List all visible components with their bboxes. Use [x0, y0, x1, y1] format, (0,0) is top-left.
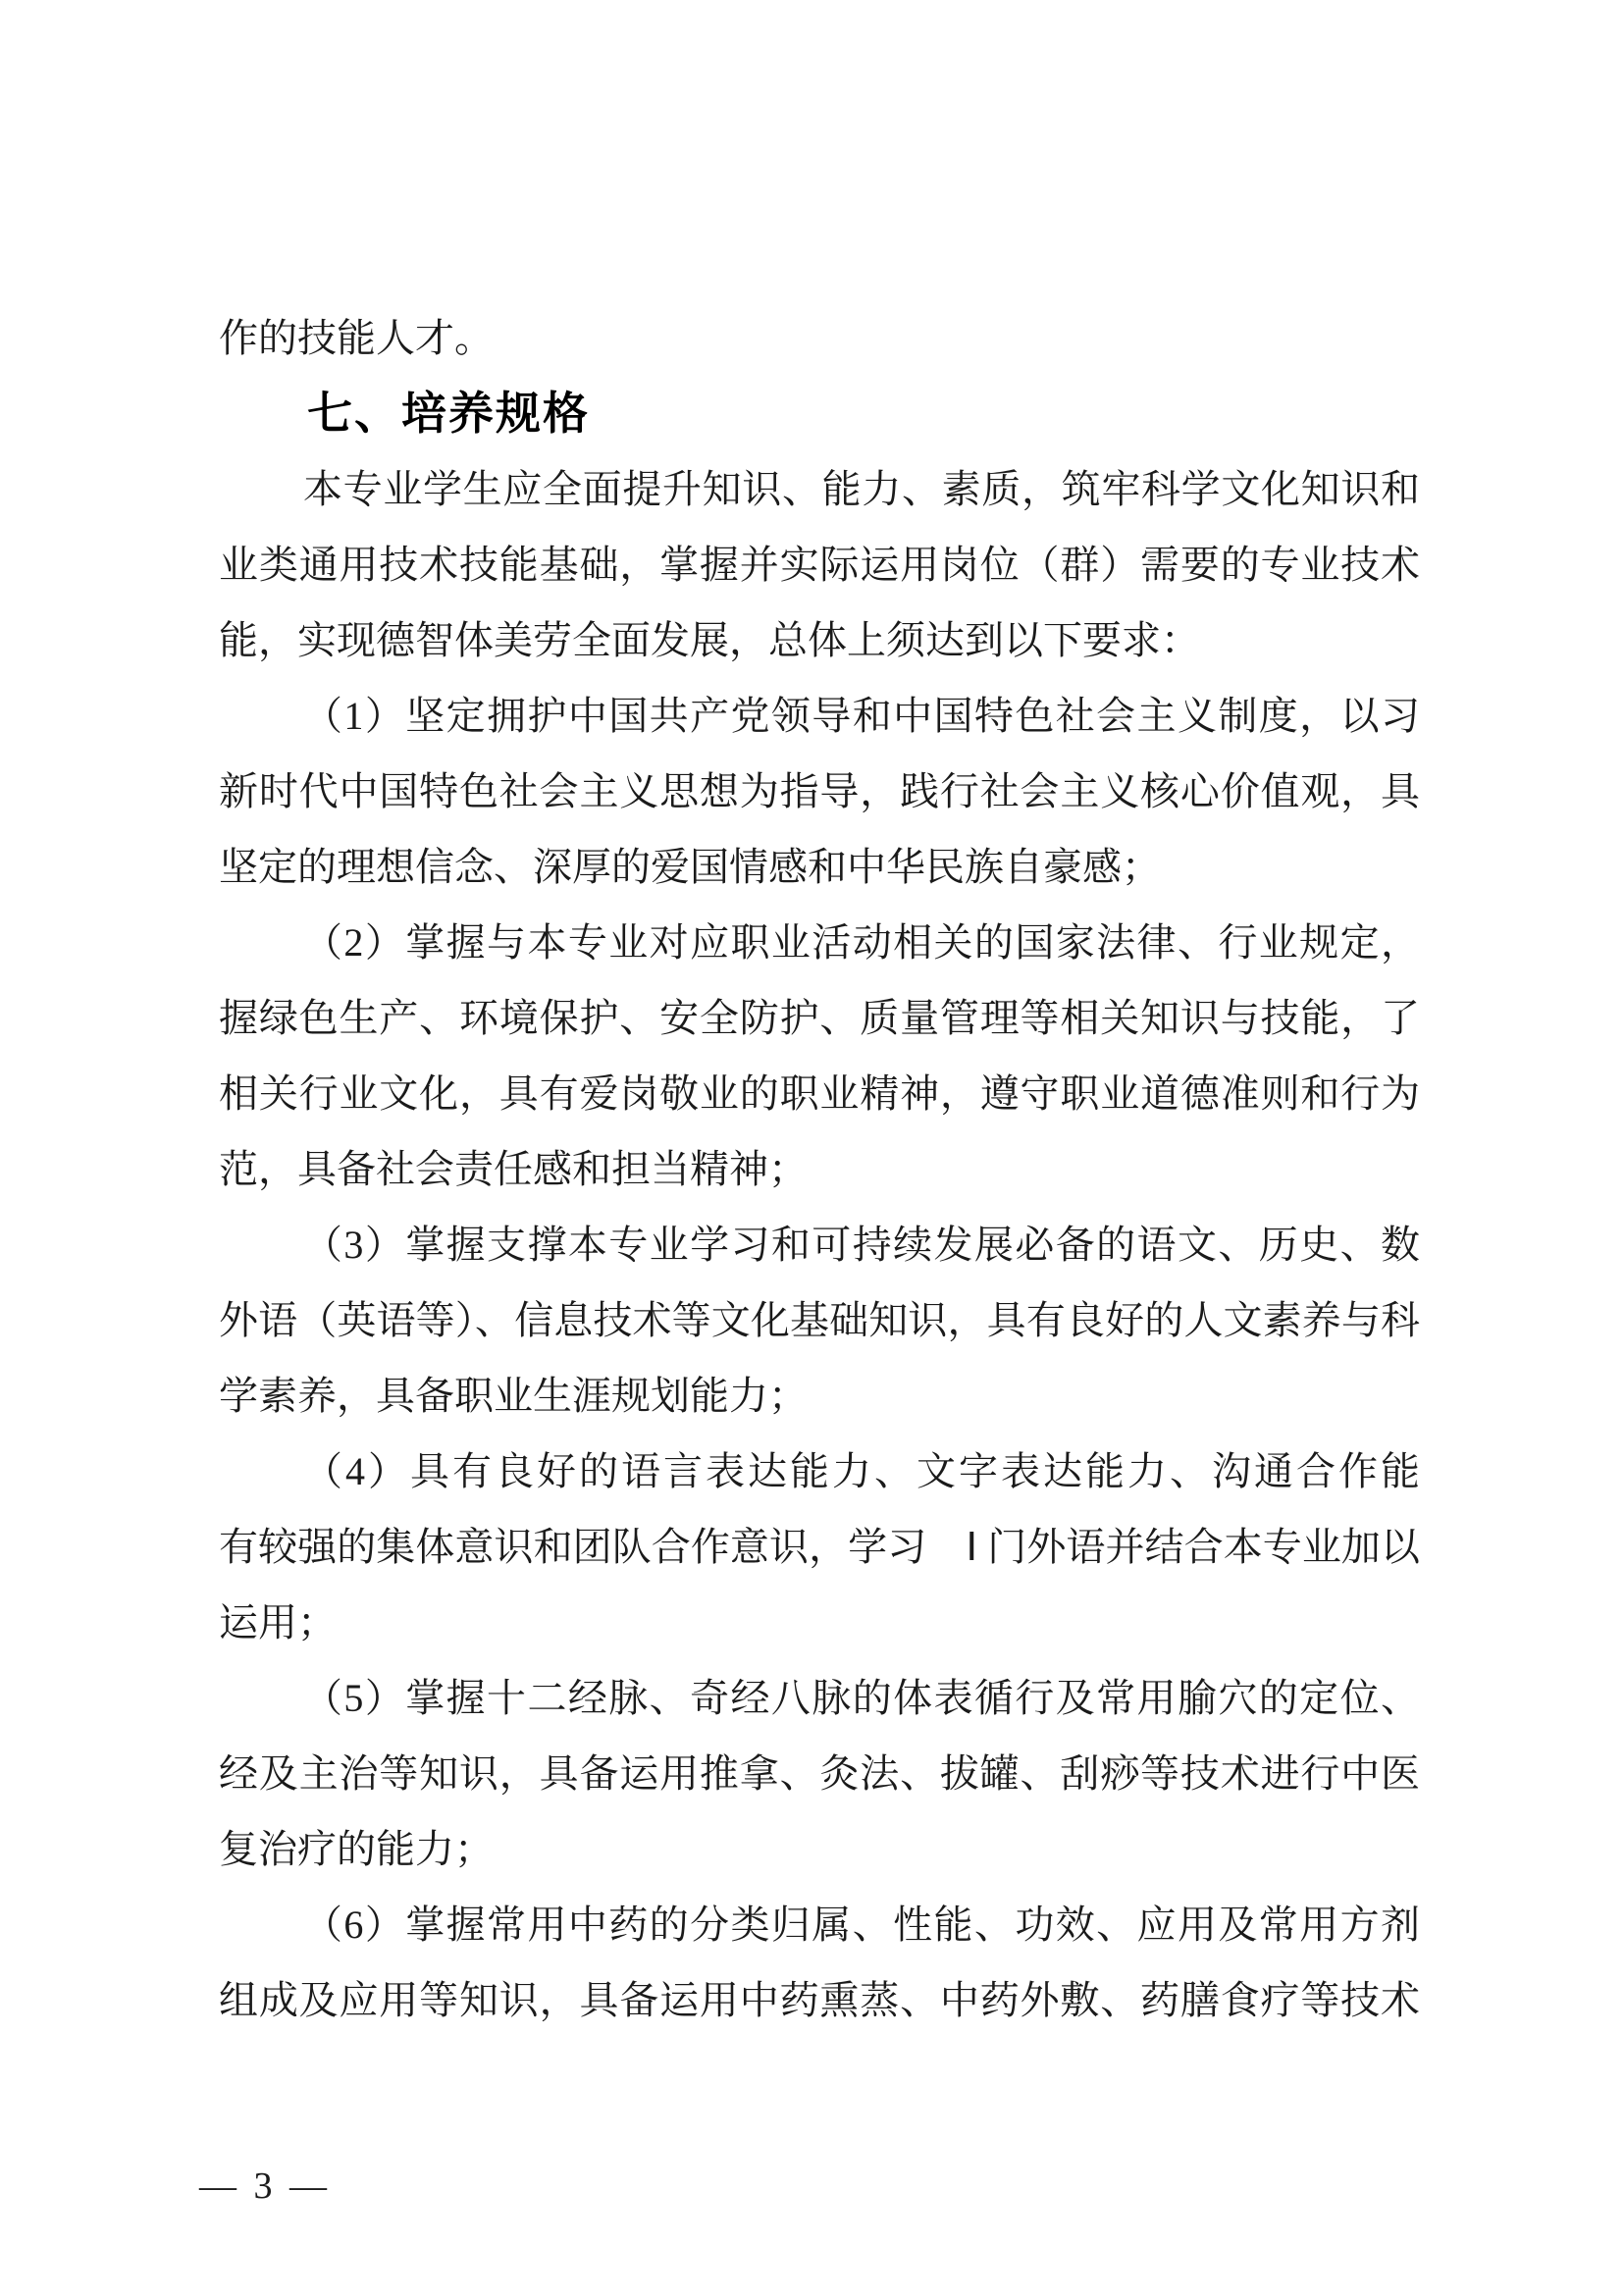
document-page: 作的技能人才。 七、培养规格 本专业学生应全面提升知识、能力、素质，筑牢科学文化… [0, 0, 1624, 2295]
text-line: 相关行业文化，具有爱岗敬业的职业精神，遵守职业道德准则和行为规 [219, 1056, 1420, 1131]
page-number: — 3 — [199, 2163, 331, 2210]
paragraph: （2）掌握与本专业对应职业活动相关的国家法律、行业规定，掌 握绿色生产、环境保护… [219, 905, 1420, 1207]
text-line: 握绿色生产、环境保护、安全防护、质量管理等相关知识与技能，了解 [219, 980, 1420, 1056]
paragraph: （5）掌握十二经脉、奇经八脉的体表循行及常用腧穴的定位、归 经及主治等知识，具备… [219, 1660, 1420, 1887]
text-line: 复治疗的能力； [219, 1811, 1420, 1887]
paragraph: （4）具有良好的语言表达能力、文字表达能力、沟通合作能力，具 有较强的集体意识和… [219, 1434, 1420, 1660]
text-line: 经及主治等知识，具备运用推拿、灸法、拔罐、刮痧等技术进行中医康 [219, 1736, 1420, 1811]
text-line: 运用； [219, 1585, 1420, 1660]
text-line: （2）掌握与本专业对应职业活动相关的国家法律、行业规定，掌 [219, 905, 1420, 980]
paragraph: （6）掌握常用中药的分类归属、性能、功效、应用及常用方剂的 组成及应用等知识，具… [219, 1887, 1420, 2038]
section-heading: 七、培养规格 [219, 376, 1420, 451]
text-line: （6）掌握常用中药的分类归属、性能、功效、应用及常用方剂的 [219, 1887, 1420, 1962]
text-line: 业类通用技术技能基础，掌握并实际运用岗位（群）需要的专业技术技 [219, 527, 1420, 602]
text-line: （1）坚定拥护中国共产党领导和中国特色社会主义制度，以习近平 [219, 678, 1420, 754]
text-line: （5）掌握十二经脉、奇经八脉的体表循行及常用腧穴的定位、归 [219, 1660, 1420, 1736]
paragraph: （1）坚定拥护中国共产党领导和中国特色社会主义制度，以习近平 新时代中国特色社会… [219, 678, 1420, 905]
text-line: 能，实现德智体美劳全面发展，总体上须达到以下要求： [219, 602, 1420, 678]
text-line: 坚定的理想信念、深厚的爱国情感和中华民族自豪感； [219, 829, 1420, 905]
text-line: 学素养，具备职业生涯规划能力； [219, 1358, 1420, 1434]
text-line: 有较强的集体意识和团队合作意识，学习 Ⅰ 门外语并结合本专业加以 [219, 1509, 1420, 1585]
text-line: 范，具备社会责任感和担当精神； [219, 1131, 1420, 1207]
text-line: 作的技能人才。 [219, 300, 1420, 376]
paragraph: 本专业学生应全面提升知识、能力、素质，筑牢科学文化知识和专 业类通用技术技能基础… [219, 451, 1420, 678]
text-line: （3）掌握支撑本专业学习和可持续发展必备的语文、历史、数学、 [219, 1207, 1420, 1282]
text-line: 外语（英语等）、信息技术等文化基础知识，具有良好的人文素养与科 [219, 1282, 1420, 1358]
text-line: （4）具有良好的语言表达能力、文字表达能力、沟通合作能力，具 [219, 1434, 1420, 1509]
text-block: 作的技能人才。 七、培养规格 本专业学生应全面提升知识、能力、素质，筑牢科学文化… [219, 300, 1420, 2038]
text-line: 本专业学生应全面提升知识、能力、素质，筑牢科学文化知识和专 [219, 451, 1420, 527]
text-line: 新时代中国特色社会主义思想为指导，践行社会主义核心价值观，具有 [219, 754, 1420, 829]
paragraph: （3）掌握支撑本专业学习和可持续发展必备的语文、历史、数学、 外语（英语等）、信… [219, 1207, 1420, 1434]
text-line: 组成及应用等知识，具备运用中药熏蒸、中药外敷、药膳食疗等技术进 [219, 1962, 1420, 2038]
